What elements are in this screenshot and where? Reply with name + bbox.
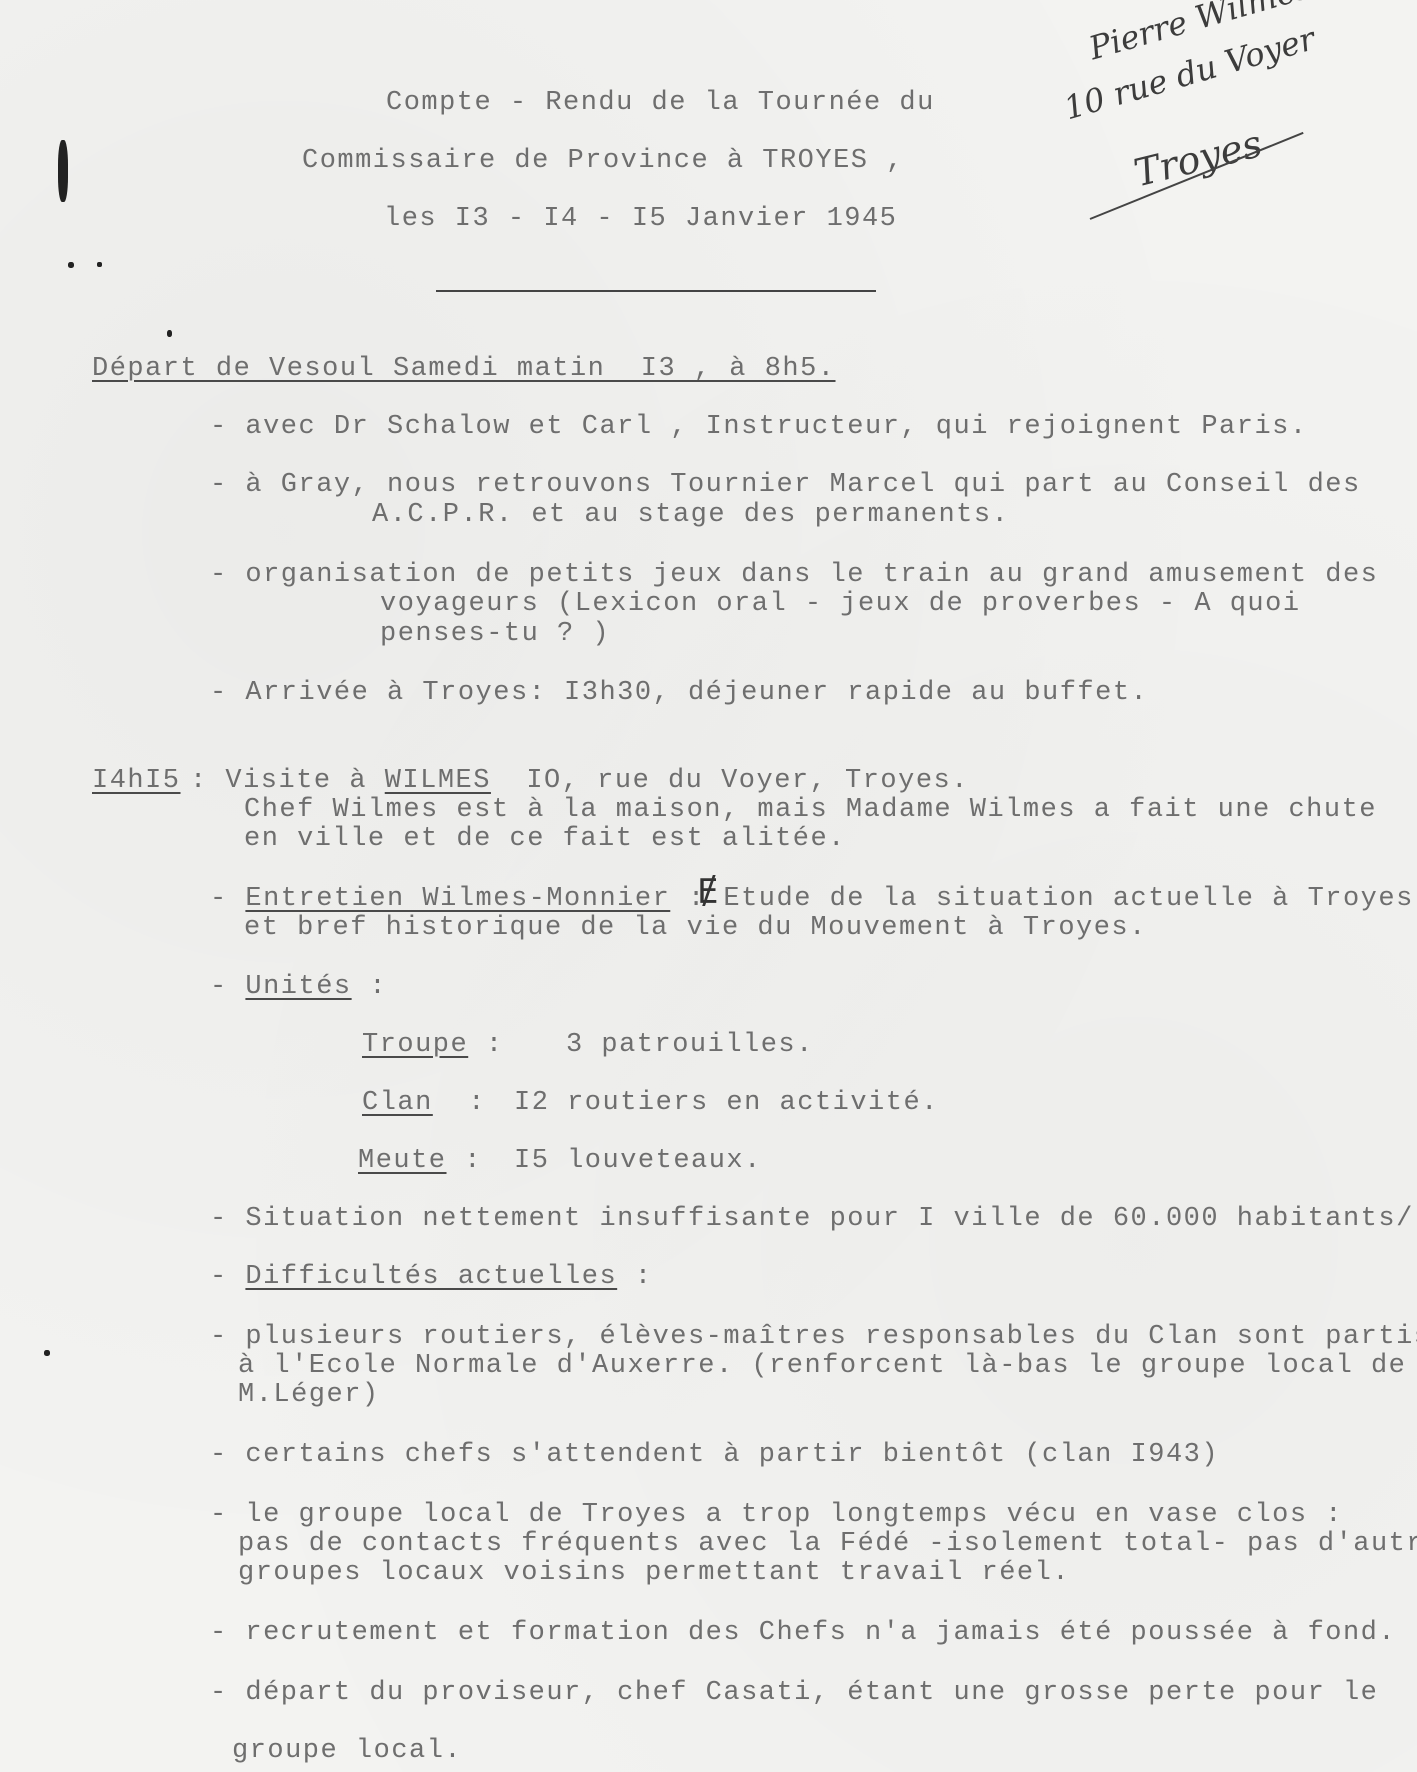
entretien-label: Entretien Wilmes-Monnier: [245, 884, 670, 914]
unit-name: Meute: [358, 1146, 447, 1176]
list-item: - à Gray, nous retrouvons Tournier Marce…: [210, 470, 1361, 500]
difficulty-item: - départ du proviseur, chef Casati, étan…: [210, 1678, 1378, 1708]
unit-row: Clan :: [362, 1088, 486, 1118]
unites-colon: :: [352, 972, 387, 1002]
unit-value: I2 routiers en activité.: [514, 1088, 939, 1118]
visit-prefix: : Visite à: [190, 766, 385, 796]
ink-blot: [58, 140, 68, 202]
difficulty-item: - certains chefs s'attendent à partir bi…: [210, 1440, 1219, 1470]
difficultes-label: Difficultés actuelles: [245, 1262, 617, 1292]
unit-sep: :: [468, 1030, 503, 1060]
handwritten-correction-mark: Ɇ: [697, 872, 718, 912]
difficulty-item-continued: groupes locaux voisins permettant travai…: [238, 1558, 1070, 1588]
unit-name: Clan: [362, 1088, 433, 1118]
bullet-dash: -: [210, 884, 245, 914]
header-divider: [436, 290, 876, 292]
report-title-line1: Compte - Rendu de la Tournée du: [386, 88, 935, 118]
ink-blot: [44, 1350, 50, 1356]
visit-address: IO, rue du Voyer, Troyes.: [491, 766, 969, 796]
unit-value: 3 patrouilles.: [566, 1030, 814, 1060]
unit-value: I5 louveteaux.: [514, 1146, 762, 1176]
departure-heading: Départ de Vesoul Samedi matin I3 , à 8h5…: [92, 354, 836, 384]
difficulty-item: - le groupe local de Troyes a trop longt…: [210, 1500, 1343, 1530]
bullet-dash: -: [210, 1262, 245, 1292]
list-item-continued: penses-tu ? ): [380, 619, 610, 649]
entretien-line2: et bref historique de la vie du Mouvemen…: [244, 913, 1147, 943]
unit-sep: :: [447, 1146, 482, 1176]
visit-line: : Visite à WILMES IO, rue du Voyer, Troy…: [190, 766, 969, 796]
list-item-continued: voyageurs (Lexicon oral - jeux de prover…: [380, 589, 1301, 619]
list-item: - organisation de petits jeux dans le tr…: [210, 560, 1378, 590]
entretien-text: : Etude de la situation actuelle à Troye…: [670, 884, 1414, 914]
ink-blot: [68, 262, 74, 268]
report-title-dates: les I3 - I4 - I5 Janvier 1945: [384, 204, 897, 234]
list-item-continued: A.C.P.R. et au stage des permanents.: [372, 500, 1009, 530]
unites-heading: - Unités :: [210, 972, 387, 1002]
unit-name: Troupe: [362, 1030, 468, 1060]
ink-blot: [167, 330, 172, 337]
entretien-line: - Entretien Wilmes-Monnier : Etude de la…: [210, 884, 1414, 914]
visit-detail: en ville et de ce fait est alitée.: [244, 824, 846, 854]
unites-label: Unités: [245, 972, 351, 1002]
visit-name: WILMES: [385, 766, 491, 796]
difficulty-item-continued: à l'Ecole Normale d'Auxerre. (renforcent…: [238, 1351, 1406, 1381]
visit-detail: Chef Wilmes est à la maison, mais Madame…: [244, 795, 1377, 825]
difficultes-colon: :: [617, 1262, 652, 1292]
ink-blot: [97, 262, 102, 267]
handwritten-line: Troyes: [1130, 121, 1267, 195]
unit-sep: :: [433, 1088, 486, 1118]
difficulty-item-continued: pas de contacts fréquents avec la Fédé -…: [238, 1529, 1417, 1559]
visit-time: I4hI5: [92, 766, 181, 796]
unit-row: Troupe :: [362, 1030, 504, 1060]
situation-line: - Situation nettement insuffisante pour …: [210, 1204, 1414, 1234]
difficulty-item: - plusieurs routiers, élèves-maîtres res…: [210, 1322, 1417, 1352]
difficultes-heading: - Difficultés actuelles :: [210, 1262, 653, 1292]
report-title-line2: Commissaire de Province à TROYES ,: [302, 146, 904, 176]
difficulty-item-continued: groupe local.: [232, 1736, 462, 1766]
list-item: - avec Dr Schalow et Carl , Instructeur,…: [210, 412, 1308, 442]
bullet-dash: -: [210, 972, 245, 1002]
scanned-document-page: Pierre Wilmes 10 rue du Voyer Troyes Com…: [0, 0, 1417, 1772]
list-item: - Arrivée à Troyes: I3h30, déjeuner rapi…: [210, 678, 1148, 708]
unit-row: Meute :: [358, 1146, 482, 1176]
difficulty-item: - recrutement et formation des Chefs n'a…: [210, 1618, 1396, 1648]
difficulty-item-continued: M.Léger): [238, 1380, 380, 1410]
